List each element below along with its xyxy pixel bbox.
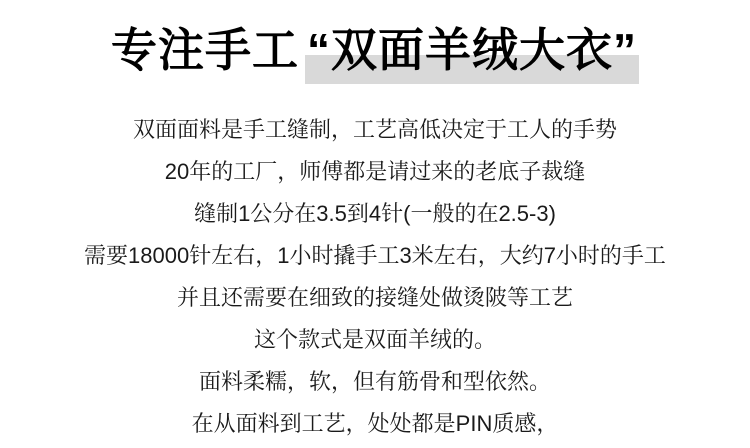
paragraph-line: 这个款式是双面羊绒的。 xyxy=(0,319,750,361)
promo-text-page: 专注手工“双面羊绒大衣” 双面面料是手工缝制，工艺高低决定于工人的手势 20年的… xyxy=(0,0,750,448)
paragraph-line: 20年的工厂，师傅都是请过来的老底子裁缝 xyxy=(0,151,750,193)
paragraph-line: 在从面料到工艺，处处都是PIN质感， xyxy=(0,403,750,445)
page-title: 专注手工“双面羊绒大衣” xyxy=(0,0,750,73)
paragraph-line: 并且还需要在细致的接缝处做烫陂等工艺 xyxy=(0,277,750,319)
paragraph-line: 面料柔糯，软，但有筋骨和型依然。 xyxy=(0,361,750,403)
paragraph-line: 双面面料是手工缝制，工艺高低决定于工人的手势 xyxy=(0,109,750,151)
title-prefix: 专注手工 xyxy=(111,24,299,76)
paragraph-line: 缝制1公分在3.5到4针(一般的在2.5-3) xyxy=(0,193,750,235)
title-quoted-highlight: “双面羊绒大衣” xyxy=(305,27,639,84)
description-paragraph: 双面面料是手工缝制，工艺高低决定于工人的手势 20年的工厂，师傅都是请过来的老底… xyxy=(0,109,750,445)
paragraph-line: 需要18000针左右，1小时撬手工3米左右，大约7小时的手工 xyxy=(0,235,750,277)
